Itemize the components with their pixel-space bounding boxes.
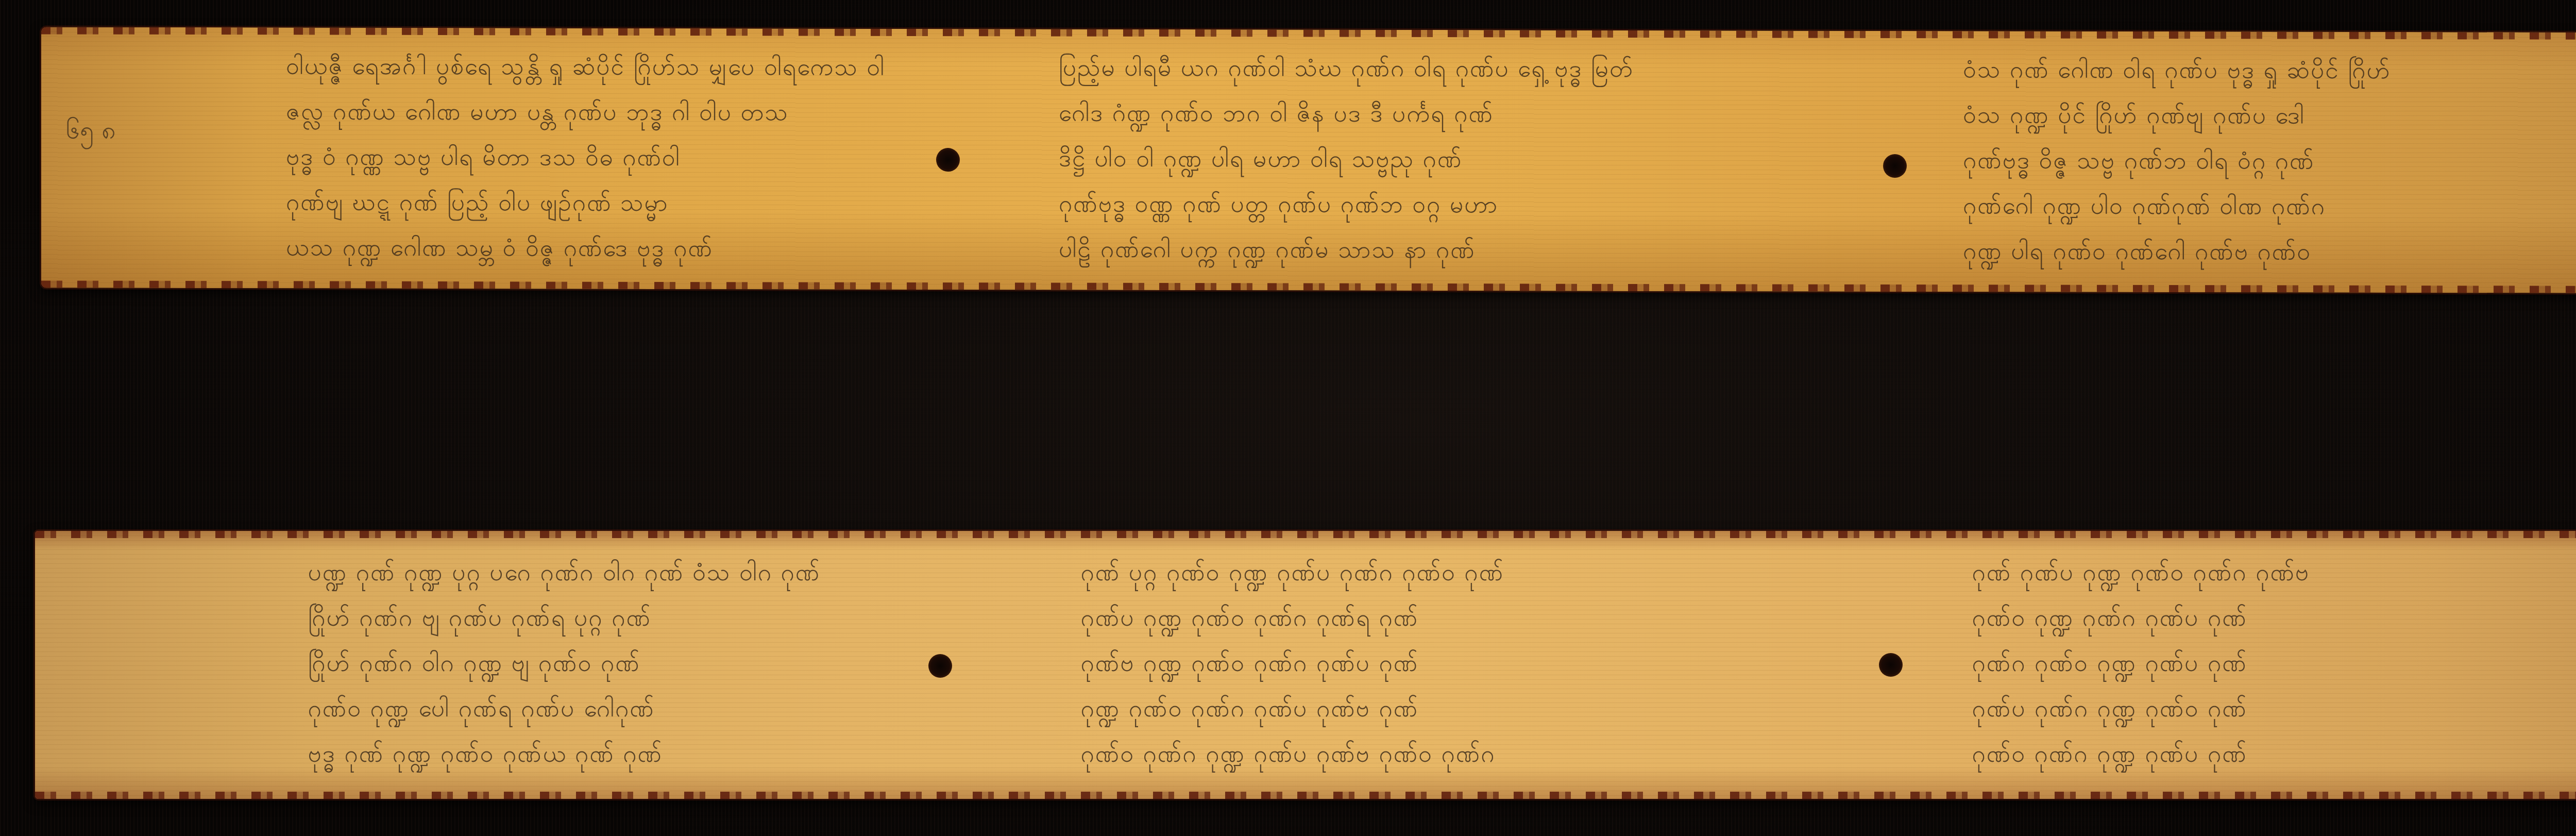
script-line: ဂေါဒ ဂံဏ္ဍ ဂုဏ်ဝ ဘဂ ဝါ ဇိန ပဒ ဒီ ပင်္ကရ … [1059, 90, 1634, 137]
text-block-right: ဝံသ ဂုဏ် ဂေါဏ ဝါရ ဂုဏ်ပ ဗုဒ္ဓ ရှု ဆံပိုင… [1963, 46, 2391, 274]
script-line: ယသ ဂုဏ္ဍ ဂေါဏ သမ္ဘ ဝံ ဝိဇ္ဇ ဂုဏ်ဒေ ဗုဒ္ဓ… [286, 224, 885, 271]
page-number: ၆၅ ၈ [66, 115, 116, 151]
text-block-middle: ပြည့်မ ပါရမီ ယဂ ဂုဏ်ဝါ သံဃ ဂုဏ်ဂ ဝါရ ဂုဏ… [1059, 45, 1634, 273]
script-line: ဗုဒ္ဓ ဝံ ဂုဏ္ဏ သဗ္ဗ ပါရ မိတာ ဒသ ဝိဓ ဂုဏ်… [286, 133, 885, 180]
script-line: ဂုဏ်ဂ ဂုဏ်ဝ ဂုဏ္ဍ ဂုဏ်ပ ဂုဏ် [1972, 640, 2310, 685]
script-line: ဂုဏ္ဍ ဂုဏ်ဝ ဂုဏ်ဂ ဂုဏ်ပ ဂုဏ်ဗ ဂုဏ် [1081, 685, 1504, 731]
text-block-middle: ဂုဏ် ပုဂ္ဂ ဂုဏ်ဝ ဂုဏ္ဍ ဂုဏ်ပ ဂုဏ်ဂ ဂုဏ်ဝ… [1081, 549, 1504, 776]
leaf-edge-damage [35, 531, 2576, 538]
script-line: ဂုဏ်ဝ ဂုဏ္ဍ ပေါ ဂုဏ်ရ ဂုဏ်ပ ဂေါဂုဏ် [308, 685, 821, 731]
palm-leaf-bottom: ပဏ္ဍ ဂုဏ် ဂုဏ္ဍ ပုဂ္ဂ ပဂေ ဂုဏ်ဂ ဝါဂ ဂုဏ်… [35, 531, 2576, 799]
script-line: ဂုဏ်ဂေါ ဂုဏ္ဍ ပါဝ ဂုဏ်ဂုဏ် ဝါဏ ဂုဏ်ဂ [1963, 182, 2391, 229]
script-line: ဂုဏ် ဂုဏ်ပ ဂုဏ္ဍ ဂုဏ်ဝ ဂုဏ်ဂ ဂုဏ်ဗ [1972, 549, 2310, 595]
script-line: ဂုဏ်ပ ဂုဏ်ဂ ဂုဏ္ဍ ဂုဏ်ဝ ဂုဏ် [1972, 685, 2310, 731]
script-line: ဂုဏ် ပုဂ္ဂ ဂုဏ်ဝ ဂုဏ္ဍ ဂုဏ်ပ ဂုဏ်ဂ ဂုဏ်ဝ… [1081, 549, 1504, 595]
script-line: ဂုဏ်ဝ ဂုဏ္ဍ ဂုဏ်ဂ ဂုဏ်ပ ဂုဏ် [1972, 595, 2310, 640]
script-line: ဂုဏ်ဝ ဂုဏ်ဂ ဂုဏ္ဍ ဂုဏ်ပ ဂုဏ် [1972, 731, 2310, 776]
binding-hole [936, 148, 960, 172]
script-line: ဂြိုဟ် ဂုဏ်ဂ ဝါဂ ဂုဏ္ဍ ဗျ ဂုဏ်ဝ ဂုဏ် [308, 640, 821, 685]
text-block-left: ပဏ္ဍ ဂုဏ် ဂုဏ္ဍ ပုဂ္ဂ ပဂေ ဂုဏ်ဂ ဝါဂ ဂုဏ်… [308, 549, 821, 776]
script-line: ဂုဏ်ဝ ဂုဏ်ဂ ဂုဏ္ဍ ဂုဏ်ပ ဂုဏ်ဗ ဂုဏ်ဝ ဂုဏ်… [1081, 731, 1504, 776]
script-line: ပဏ္ဍ ဂုဏ် ဂုဏ္ဍ ပုဂ္ဂ ပဂေ ဂုဏ်ဂ ဝါဂ ဂုဏ်… [308, 549, 821, 595]
script-line: ဂုဏ်ပ ဂုဏ္ဍ ဂုဏ်ဝ ဂုဏ်ဂ ဂုဏ်ရ ဂုဏ် [1081, 595, 1504, 640]
script-line: ဂုဏ်ဗ ဂုဏ္ဍ ဂုဏ်ဝ ဂုဏ်ဂ ဂုဏ်ပ ဂုဏ် [1081, 640, 1504, 685]
script-line: ဂြိုဟ် ဂုဏ်ဂ ဗျ ဂုဏ်ပ ဂုဏ်ရ ပုဂ္ဂ ဂုဏ် [308, 595, 821, 640]
text-block-right: ဂုဏ် ဂုဏ်ပ ဂုဏ္ဍ ဂုဏ်ဝ ဂုဏ်ဂ ဂုဏ်ဗ ဂုဏ်ဝ… [1972, 549, 2310, 776]
binding-hole [1879, 653, 1903, 677]
script-line: ပြည့်မ ပါရမီ ယဂ ဂုဏ်ဝါ သံဃ ဂုဏ်ဂ ဝါရ ဂုဏ… [1059, 45, 1634, 91]
leaf-edge-damage [35, 792, 2576, 799]
script-line: ဇလ္လ ဂုဏ်ယ ဂေါဏ မဟာ ပန္တ ဂုဏ်ပ ဘုဒ္ဓ ဂါ … [286, 88, 885, 135]
script-line: ဒိဋ္ဌိ ပါဝ ဝါ ဂုဏ္ဍ ပါရ မဟာ ဝါရ သဗ္ဗညု ဂ… [1059, 136, 1634, 182]
palm-leaf-top: ၆၅ ၈ ဝါယုဇ္ဇီ ရေအင်္ဂါ ပွစ်ရေ သွန္တိ ရှု… [41, 27, 2576, 293]
script-line: ဂုဏ်ဗုဒ္ဓ ဝိဇ္ဇ သဗ္ဗ ဂုဏ်ဘ ဝါရ ဝံဂ္ဂ ဂုဏ… [1963, 137, 2391, 183]
script-line: ဂုဏ္ဍ ပါရ ဂုဏ်ဝ ဂုဏ်ဂေါ ဂုဏ်ဗ ဂုဏ်ဝ [1963, 228, 2391, 274]
binding-hole [1883, 154, 1907, 178]
script-line: ဗုဒ္ဓ ဂုဏ် ဂုဏ္ဍ ဂုဏ်ဝ ဂုဏ်ယ ဂုဏ် ဂုဏ် [308, 731, 821, 776]
script-line: ဝံသ ဂုဏ္ဍ ပိုင် ဂြိုဟ် ဂုဏ်ဗျ ဂုဏ်ပ ဒေါ [1963, 92, 2391, 138]
script-line: ပါဠိ ဂုဏ်ဂေါ ပက္က ဂုဏ္ဍ ဂုဏ်မ သာသ နာ ဂုဏ… [1059, 226, 1634, 273]
script-line: ဂုဏ်ဗုဒ္ဓ ဝဏ္ဏ ဂုဏ် ပတ္တ ဂုဏ်ပ ဂုဏ်ဘ ဝဂ္… [1059, 181, 1634, 227]
binding-hole [928, 654, 952, 678]
script-line: ဝါယုဇ္ဇီ ရေအင်္ဂါ ပွစ်ရေ သွန္တိ ရှု ဆံပိ… [286, 43, 885, 89]
script-line: ဝံသ ဂုဏ် ဂေါဏ ဝါရ ဂုဏ်ပ ဗုဒ္ဓ ရှု ဆံပိုင… [1963, 46, 2391, 93]
text-block-left: ဝါယုဇ္ဇီ ရေအင်္ဂါ ပွစ်ရေ သွန္တိ ရှု ဆံပိ… [286, 43, 885, 271]
script-line: ဂုဏ်ဗျ ဃဋ္ဋ ဂုဏ် ပြည့် ဝါပ ဖျဉ်ဂုဏ် သမ္မ… [286, 179, 885, 225]
